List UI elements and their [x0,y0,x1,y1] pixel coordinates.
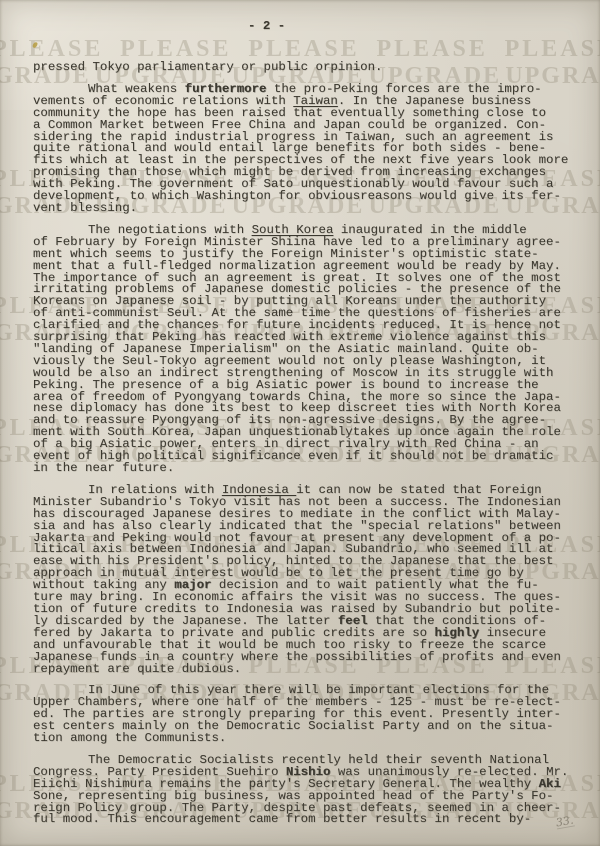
paragraph-5-elections: In June of this year there will be impor… [33,685,568,745]
document-page: PLEASEPLEASEPLEASEPLEASEPLEASEUPGRADEUPG… [0,0,600,846]
text-segment: inaugurated in the middle of February by… [33,223,561,475]
document-body: pressed Tokyo parliamentary or public or… [33,62,568,836]
text-segment: . In the Japanese business community the… [33,94,568,215]
paragraph-1: pressed Tokyo parliamentary or public or… [33,62,568,74]
paragraph-3-south-korea: The negotiations with South Korea inaugu… [33,225,568,475]
text-segment: In June of this year there will be impor… [33,683,561,745]
paragraph-6-democratic-socialists: The Democratic Socialists recently held … [33,755,568,826]
text-segment: it can now be stated that Foreign Minist… [33,483,561,592]
paragraph-4-indonesia: In relations with Indonesia it can now b… [33,485,568,676]
page-number: - 2 - [248,19,285,33]
text-segment: Sone, representing big business, was app… [33,789,561,827]
watermark-row-please: PLEASEPLEASEPLEASEPLEASEPLEASE [0,37,600,61]
paragraph-2-taiwan: What weakens furthermore the pro-Peking … [33,84,568,215]
watermark-word: PLEASE [248,37,359,61]
watermark-word: PLEASE [505,37,600,61]
watermark-word: PLEASE [0,37,103,61]
watermark-word: PLEASE [376,37,487,61]
watermark-word: PLEASE [120,37,231,61]
text-segment: pressed Tokyo parliamentary or public or… [33,60,382,74]
